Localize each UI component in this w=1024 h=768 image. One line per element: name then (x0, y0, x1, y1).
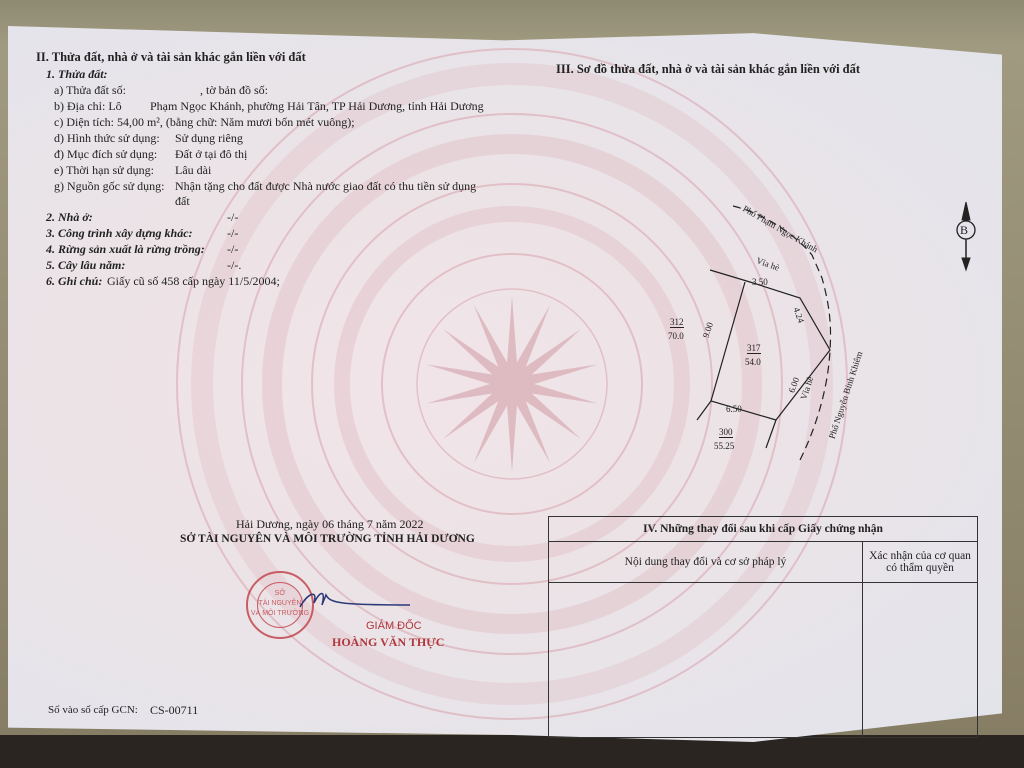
parcel-312-area: 70.0 (668, 331, 684, 341)
edge-length: 3.50 (752, 277, 768, 287)
signature-scribble (290, 585, 420, 615)
north-label: B (960, 223, 968, 238)
signer-title: GIÁM ĐỐC (366, 620, 422, 632)
parcel-317-area: 54.0 (745, 357, 761, 367)
registry-number: CS-00711 (150, 703, 198, 718)
parcel-300-id: 300 (719, 427, 733, 438)
confirmation-cell (863, 583, 978, 738)
changes-cell (549, 583, 863, 738)
parcel-300-area: 55.25 (714, 441, 734, 451)
col-changes-header: Nội dung thay đổi và cơ sở pháp lý (549, 542, 863, 583)
signer-name: HOÀNG VĂN THỰC (332, 635, 444, 650)
section-4-heading: IV. Những thay đổi sau khi cấp Giấy chứn… (549, 517, 978, 542)
issue-date: Hải Dương, ngày 06 tháng 7 năm 2022 (236, 517, 424, 532)
col-confirmation-header: Xác nhận của cơ quancó thẩm quyền (863, 542, 978, 583)
issuing-agency: SỞ TÀI NGUYÊN VÀ MÔI TRƯỜNG TỈNH HẢI DƯƠ… (180, 533, 475, 545)
registry-label: Số vào sổ cấp GCN: (48, 704, 138, 716)
changes-table: IV. Những thay đổi sau khi cấp Giấy chứn… (548, 516, 978, 738)
parcel-317-id: 317 (747, 343, 761, 354)
edge-length: 6.50 (726, 404, 742, 414)
parcel-312-id: 312 (670, 317, 684, 328)
